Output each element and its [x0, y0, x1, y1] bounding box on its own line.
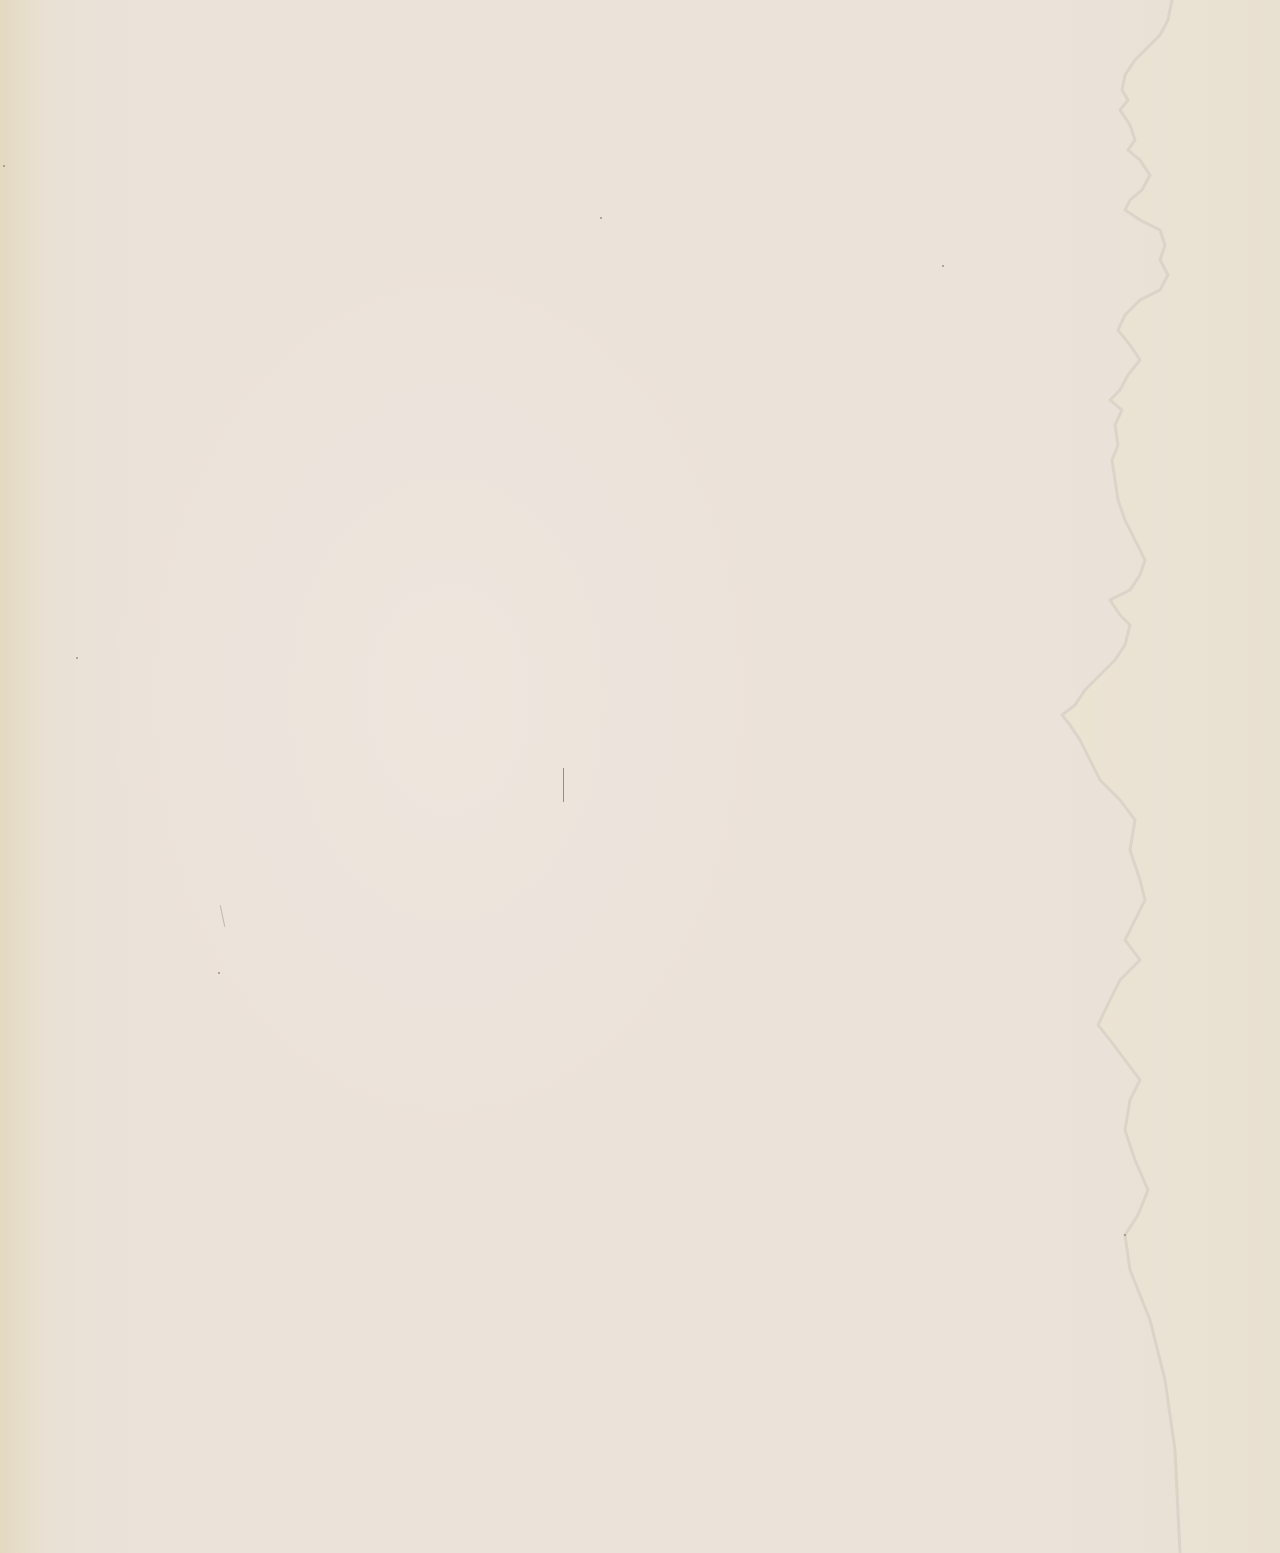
paper-speck: [76, 657, 78, 659]
paper-scratch-mark: [563, 768, 564, 802]
paper-left-edge-discoloration: [0, 0, 40, 1553]
paper-scratch-mark: [220, 905, 226, 927]
blank-paper-page: [0, 0, 1280, 1553]
paper-speck: [218, 972, 220, 974]
paper-speck: [942, 265, 944, 267]
water-stain-tideline: [0, 0, 1280, 1553]
paper-speck: [1124, 1234, 1126, 1236]
paper-speck: [3, 165, 5, 167]
paper-speck: [600, 217, 602, 219]
